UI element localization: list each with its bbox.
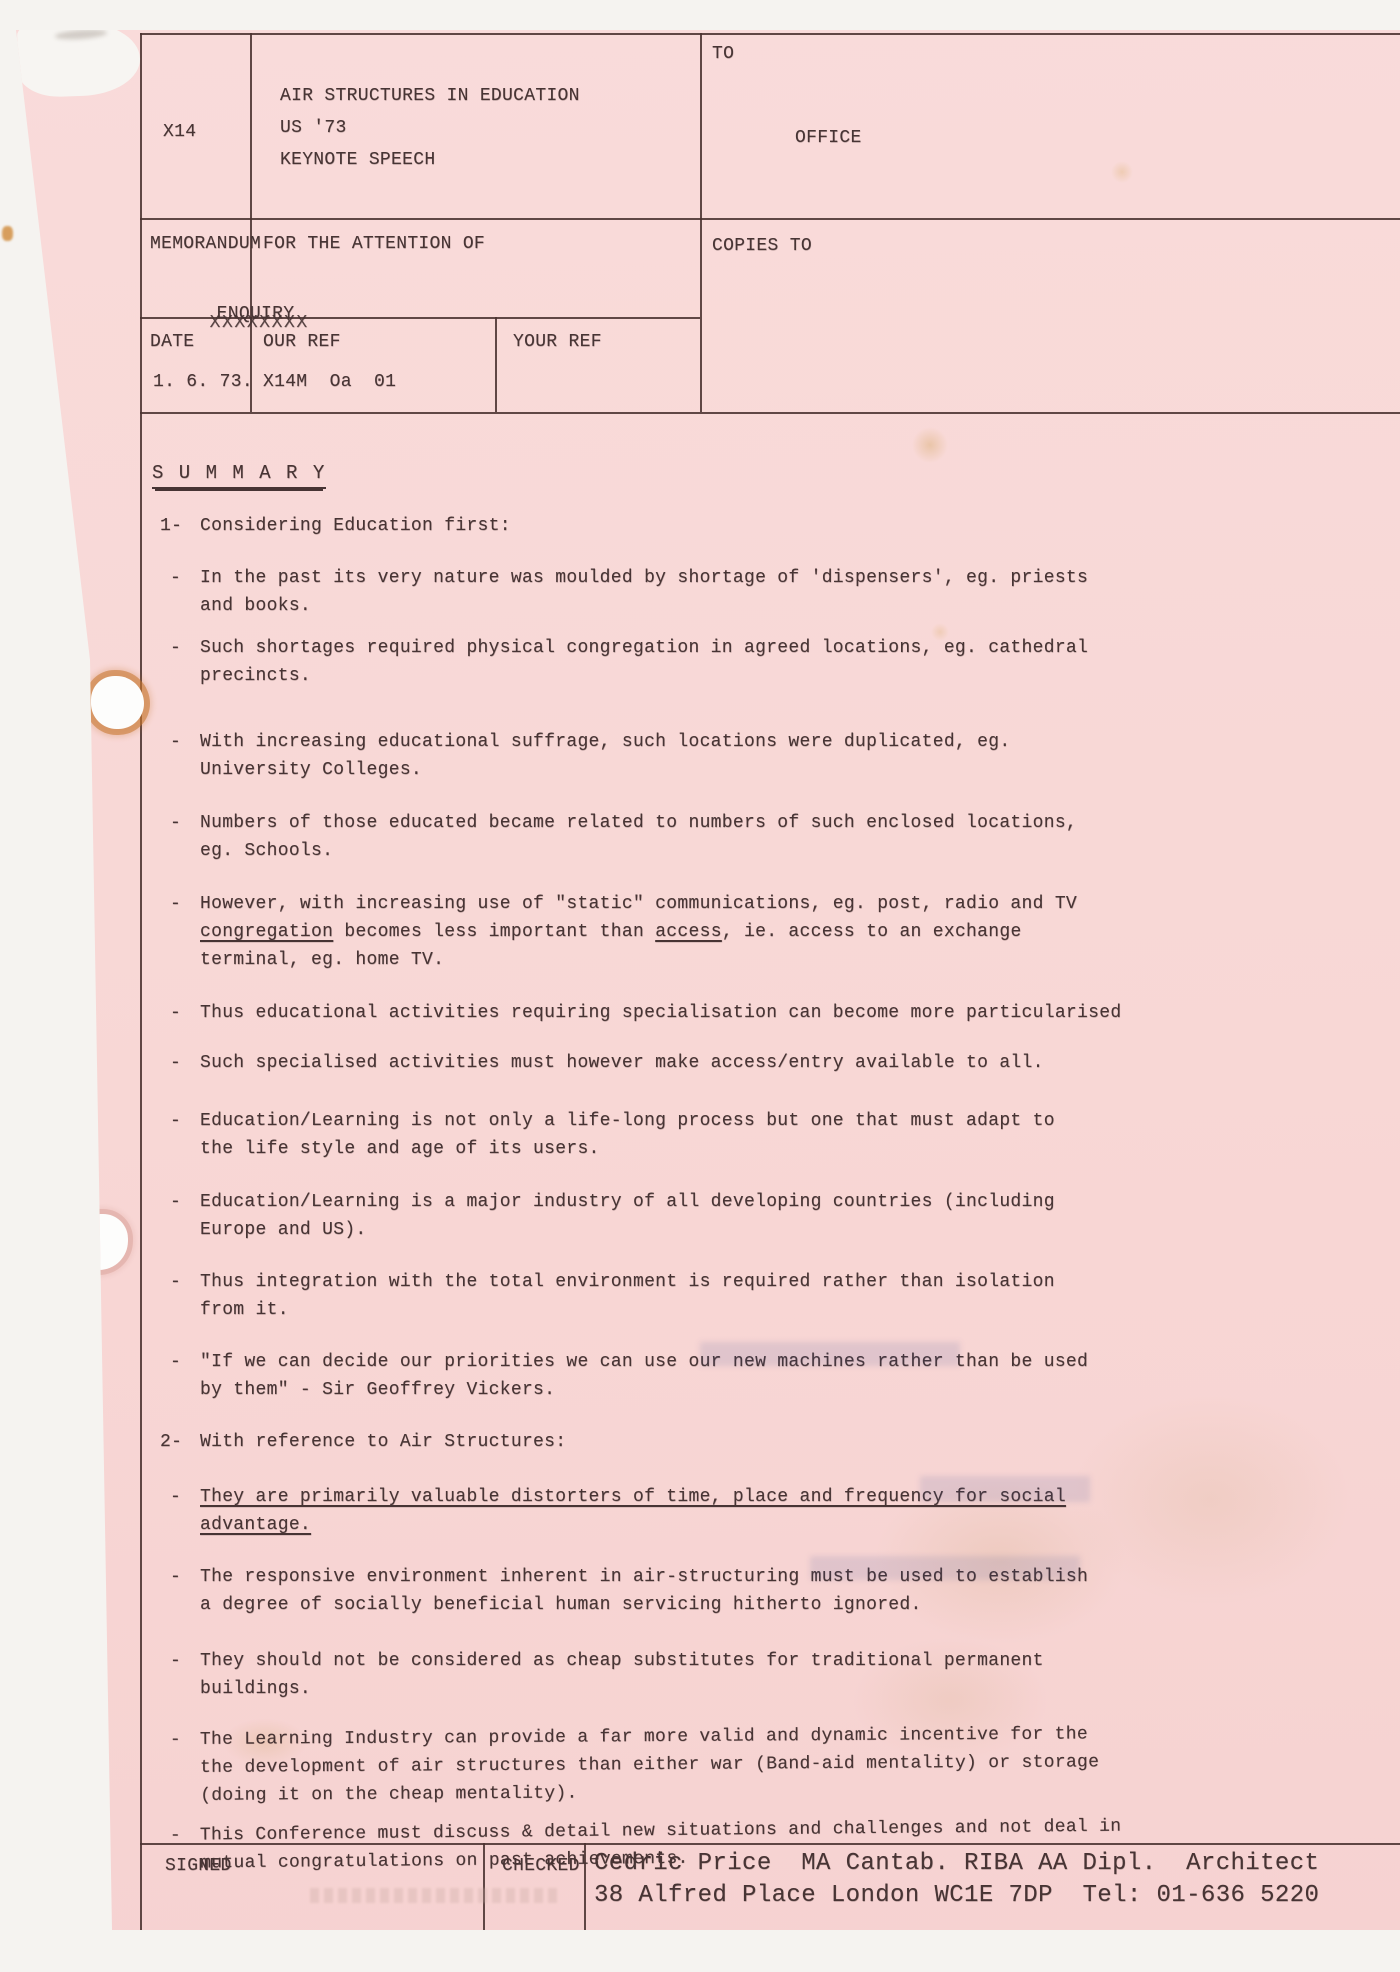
summary-item: 2-With reference to Air Structures:: [160, 1428, 1170, 1456]
item-marker: -: [160, 728, 200, 756]
summary-item: -Numbers of those educated became relate…: [160, 809, 1170, 865]
summary-item: -They should not be considered as cheap …: [160, 1647, 1170, 1703]
item-marker: -: [160, 999, 200, 1027]
summary-item: -Thus integration with the total environ…: [160, 1268, 1170, 1324]
date-value: 1. 6. 73.: [153, 368, 253, 396]
architect-name-line: Cedric Price MA Cantab. RIBA AA Dipl. Ar…: [594, 1848, 1319, 1880]
scanned-memo-page: X14 AIR STRUCTURES IN EDUCATION US '73 K…: [0, 0, 1400, 1972]
item-text: Considering Education first:: [200, 512, 511, 540]
date-label: DATE: [150, 328, 194, 356]
item-marker: -: [160, 890, 200, 918]
item-marker: -: [160, 1107, 200, 1135]
table-bottom-border: [140, 412, 1400, 414]
punch-hole-bottom: [72, 1214, 128, 1270]
memorandum-label: MEMORANDUM: [150, 230, 261, 258]
item-marker: -: [160, 1348, 200, 1376]
our-ref-value: X14M Oa 01: [263, 368, 396, 396]
item-marker: -: [160, 634, 200, 662]
item-marker: -: [160, 1049, 200, 1077]
summary-item: -In the past its very nature was moulded…: [160, 564, 1170, 620]
item-text: They are primarily valuable distorters o…: [200, 1483, 1066, 1539]
item-marker: -: [160, 1268, 200, 1296]
item-text: Education/Learning is not only a life-lo…: [200, 1107, 1055, 1163]
summary-item: -"If we can decide our priorities we can…: [160, 1348, 1170, 1404]
item-marker: 2-: [160, 1428, 200, 1456]
summary-list: 1-Considering Education first:-In the pa…: [160, 512, 1170, 1873]
item-text: With reference to Air Structures:: [200, 1428, 566, 1456]
item-marker: -: [160, 1647, 200, 1675]
our-ref-label: OUR REF: [263, 328, 341, 356]
to-value: OFFICE: [795, 124, 862, 152]
memo-title: AIR STRUCTURES IN EDUCATION US '73 KEYNO…: [280, 80, 580, 176]
item-text: In the past its very nature was moulded …: [200, 564, 1088, 620]
page-left-rule: [140, 33, 142, 1930]
to-label: TO: [712, 40, 734, 68]
item-marker: -: [160, 1821, 200, 1849]
summary-item: -Thus educational activities requiring s…: [160, 999, 1170, 1027]
pink-memo-paper: X14 AIR STRUCTURES IN EDUCATION US '73 K…: [0, 0, 1400, 1972]
architect-address-line: 38 Alfred Place London WC1E 7DP Tel: 01-…: [594, 1880, 1319, 1912]
summary-item: -However, with increasing use of "static…: [160, 890, 1170, 974]
faint-print-artifact: [310, 1888, 560, 1903]
item-text: Thus educational activities requiring sp…: [200, 999, 1121, 1027]
signed-label: SIGNED: [165, 1852, 232, 1880]
item-text: Numbers of those educated became related…: [200, 809, 1077, 865]
item-text: With increasing educational suffrage, su…: [200, 728, 1010, 784]
your-ref-label: YOUR REF: [513, 328, 602, 356]
item-text: Such specialised activities must however…: [200, 1049, 1044, 1077]
ref-col-divider: [495, 317, 497, 412]
item-marker: -: [160, 1483, 200, 1511]
item-text: "If we can decide our priorities we can …: [200, 1348, 1088, 1404]
item-marker: -: [160, 1726, 200, 1754]
summary-item: -Education/Learning is not only a life-l…: [160, 1107, 1170, 1163]
item-text: Thus integration with the total environm…: [200, 1268, 1055, 1324]
summary-item: -Education/Learning is a major industry …: [160, 1188, 1170, 1244]
summary-item: -Such specialised activities must howeve…: [160, 1049, 1170, 1077]
item-text: The Learning Industry can provide a far …: [200, 1720, 1100, 1809]
item-text: The responsive environment inherent in a…: [200, 1563, 1088, 1619]
item-marker: 1-: [160, 512, 200, 540]
summary-heading: S U M M A R Y: [152, 462, 326, 489]
summary-item: 1-Considering Education first:: [160, 512, 1170, 540]
table-top-border: [140, 33, 1400, 35]
item-marker: -: [160, 1563, 200, 1591]
punch-hole-top: [91, 676, 144, 729]
summary-item: -With increasing educational suffrage, s…: [160, 728, 1170, 784]
checked-label: CHECKED: [502, 1852, 580, 1880]
summary-item: -They are primarily valuable distorters …: [160, 1483, 1170, 1539]
summary-item: -Such shortages required physical congre…: [160, 634, 1170, 690]
attention-label: FOR THE ATTENTION OF: [263, 230, 485, 258]
item-text: Education/Learning is a major industry o…: [200, 1188, 1055, 1244]
item-marker: -: [160, 1188, 200, 1216]
item-text: However, with increasing use of "static"…: [200, 890, 1077, 974]
item-text: They should not be considered as cheap s…: [200, 1647, 1044, 1703]
copies-to-label: COPIES TO: [712, 232, 812, 260]
item-marker: -: [160, 564, 200, 592]
table-col2-divider: [700, 33, 702, 412]
file-code: X14: [163, 118, 196, 146]
summary-item: -The responsive environment inherent in …: [160, 1563, 1170, 1619]
rust-fleck: [2, 226, 13, 241]
item-text: Such shortages required physical congreg…: [200, 634, 1088, 690]
item-marker: -: [160, 809, 200, 837]
summary-item: -The Learning Industry can provide a far…: [160, 1720, 1170, 1810]
table-row1-border: [140, 218, 1400, 220]
